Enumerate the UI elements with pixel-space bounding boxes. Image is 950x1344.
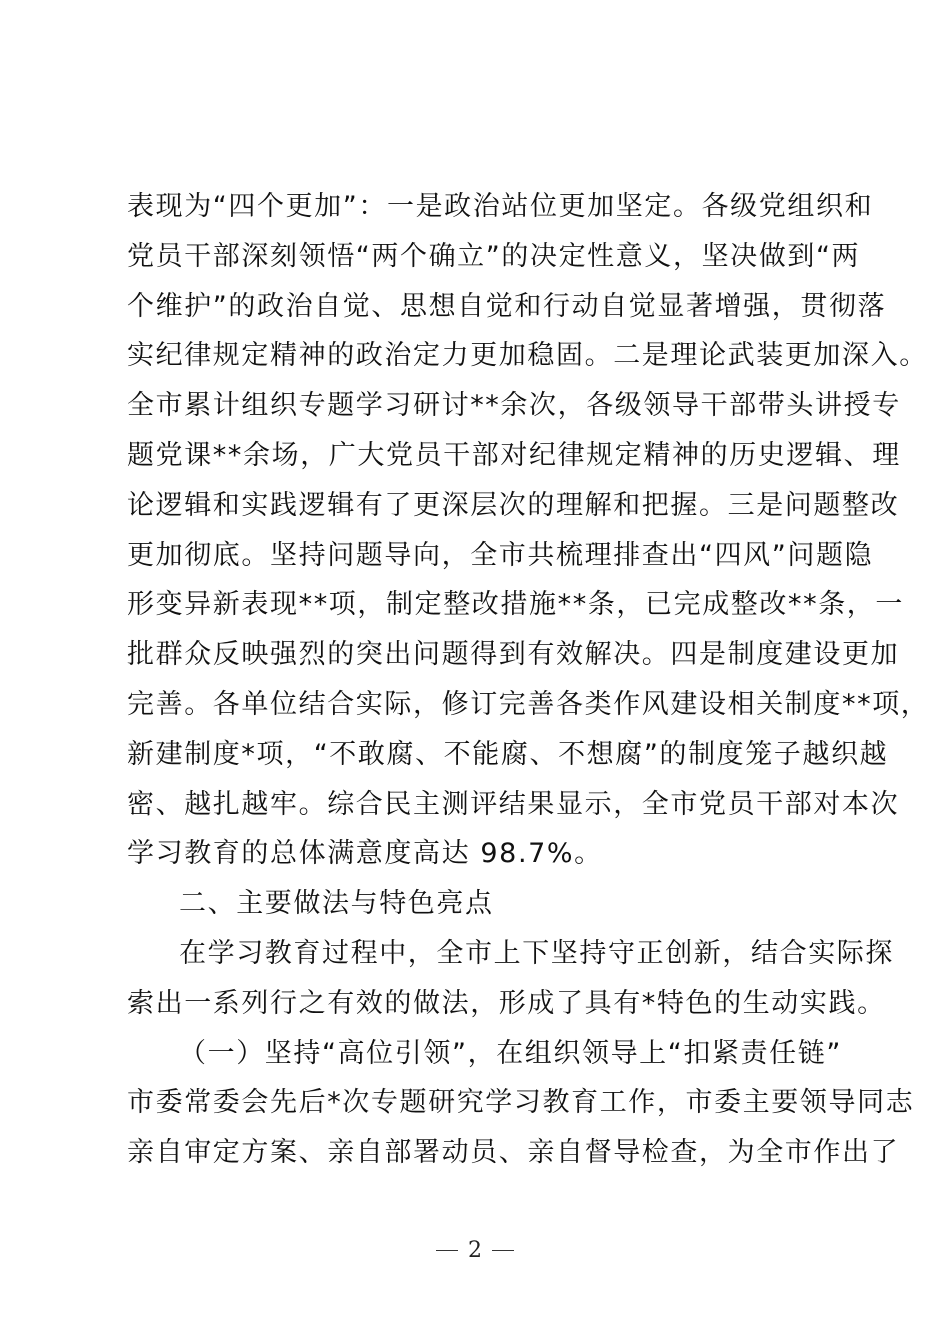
- body-line: 在学习教育过程中，全市上下坚持守正创新，结合实际探: [127, 933, 847, 983]
- document-body: 表现为“四个更加”：一是政治站位更加坚定。各级党组织和 党员干部深刻领悟“两个确…: [127, 186, 847, 1182]
- body-line: 题党课**余场，广大党员干部对纪律规定精神的历史逻辑、理: [127, 435, 847, 485]
- page-number: 2: [468, 1238, 482, 1263]
- dash-right-icon: [492, 1250, 514, 1251]
- body-line: 表现为“四个更加”：一是政治站位更加坚定。各级党组织和: [127, 186, 847, 236]
- body-line: 索出一系列行之有效的做法，形成了具有*特色的生动实践。: [127, 983, 847, 1033]
- body-line: 市委常委会先后*次专题研究学习教育工作，市委主要领导同志: [127, 1082, 847, 1132]
- body-line: 批群众反映强烈的突出问题得到有效解决。四是制度建设更加: [127, 634, 847, 684]
- section-heading: 二、主要做法与特色亮点: [127, 883, 847, 933]
- body-line: 形变异新表现**项，制定整改措施**条，已完成整改**条，一: [127, 584, 847, 634]
- body-line: 更加彻底。坚持问题导向，全市共梳理排查出“四风”问题隐: [127, 535, 847, 585]
- subsection-heading: （一）坚持“高位引领”，在组织领导上“扣紧责任链”: [127, 1033, 847, 1083]
- body-line: 学习教育的总体满意度高达 98.7%。: [127, 833, 847, 883]
- body-line: 全市累计组织专题学习研讨**余次，各级领导干部带头讲授专: [127, 385, 847, 435]
- body-line: 实纪律规定精神的政治定力更加稳固。二是理论武装更加深入。: [127, 335, 847, 385]
- body-line: 个维护”的政治自觉、思想自觉和行动自觉显著增强，贯彻落: [127, 286, 847, 336]
- body-line: 党员干部深刻领悟“两个确立”的决定性意义，坚决做到“两: [127, 236, 847, 286]
- body-line: 完善。各单位结合实际，修订完善各类作风建设相关制度**项，: [127, 684, 847, 734]
- dash-left-icon: [436, 1250, 458, 1251]
- body-line: 论逻辑和实践逻辑有了更深层次的理解和把握。三是问题整改: [127, 485, 847, 535]
- body-line: 密、越扎越牢。综合民主测评结果显示，全市党员干部对本次: [127, 784, 847, 834]
- body-line: 新建制度*项，“不敢腐、不能腐、不想腐”的制度笼子越织越: [127, 734, 847, 784]
- body-line: 亲自审定方案、亲自部署动员、亲自督导检查，为全市作出了: [127, 1132, 847, 1182]
- document-page: 表现为“四个更加”：一是政治站位更加坚定。各级党组织和 党员干部深刻领悟“两个确…: [0, 0, 950, 1344]
- page-footer: 2: [0, 1238, 950, 1263]
